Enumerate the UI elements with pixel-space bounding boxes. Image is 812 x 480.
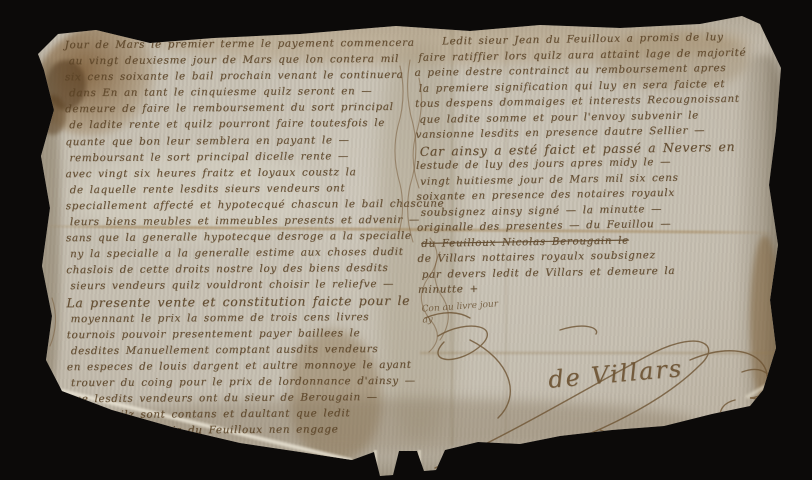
left-edge-shading	[36, 60, 60, 390]
bottom-right-fold-highlight	[745, 381, 773, 399]
manuscript-line: sieur François du Feuilloux nen engage	[67, 421, 415, 440]
parchment-sheet: Jour de Mars le premier terme le payemen…	[0, 0, 812, 480]
notary-signature: de Villars	[547, 354, 684, 394]
registration-note: Con au livre jour ay	[421, 299, 499, 326]
scan-viewport: Jour de Mars le premier terme le payemen…	[0, 0, 812, 480]
right-text-column: Ledit sieur Jean du Feuilloux a promis d…	[414, 29, 786, 298]
left-text-column: Jour de Mars le premier terme le payemen…	[65, 35, 416, 440]
torn-strip-highlight	[418, 450, 421, 470]
torn-strip-highlight	[374, 450, 377, 474]
left-edge-spot	[40, 95, 66, 135]
lower-fold-crease	[420, 352, 780, 354]
